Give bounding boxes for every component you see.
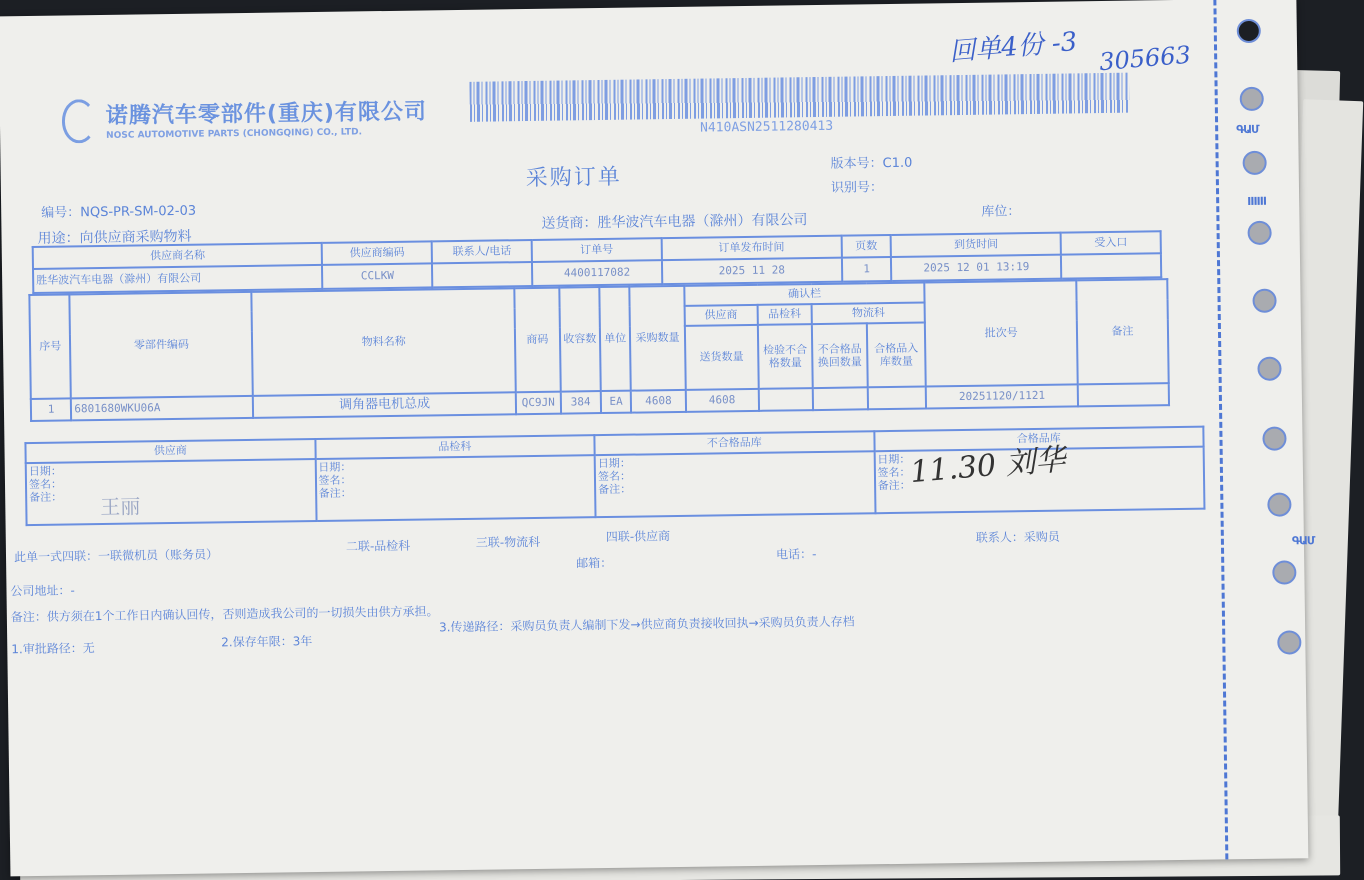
purchase-order-paper: ԳԱՄ ⅢⅢ ԳԱՄ 诺腾汽车零部件(重庆)有限公司 NOSC AUTOMOTI… [0,0,1308,876]
col-qc-reject-qty: 检验不合格数量 [757,324,812,389]
confirm-supplier-header: 供应商 [684,305,757,326]
copy-4: 四联-供应商 [606,527,671,545]
row-brand-code: QC9JN [516,392,561,415]
tractor-hole-icon [1252,289,1276,313]
copy-2: 二联-品检科 [346,537,411,555]
perforation-line [1213,0,1228,859]
supplier-name: 胜华波汽车电器（滁州）有限公司 [33,265,323,293]
supplier-sign-block: 日期： 签名： 备注： [26,459,316,525]
postcode-label: 邮箱： [576,554,612,572]
contact-value [432,262,532,287]
row-seq: 1 [31,398,72,421]
row-purchase-qty: 4608 [631,390,686,413]
tractor-hole-icon [1272,560,1296,584]
retention-period: 2.保存年限：3年 [221,632,312,650]
qc-sign-block: 日期： 签名： 备注： [315,455,595,521]
tractor-hole-icon [1267,492,1291,516]
entrance-value [1061,253,1161,278]
barcode [469,73,1129,122]
col-entrance: 受入口 [1061,231,1161,254]
handwritten-note: 回单4份 -3 [948,21,1079,69]
col-pack-qty: 收容数 [559,287,601,392]
note-label: 备注： [598,480,872,497]
col-seq: 序号 [29,294,71,399]
col-part-code: 零部件编码 [70,292,253,399]
row-reject-return-qty [813,387,868,410]
tractor-hole-icon [1277,630,1301,654]
tractor-hole-icon [1242,151,1266,175]
ship-to: 送货商：胜华波汽车电器（滁州）有限公司 [541,209,807,233]
logo-icon [62,99,97,143]
item-table: 序号 零部件编码 物料名称 商码 收容数 单位 采购数量 确认栏 批次号 备注 … [28,278,1170,422]
col-reject-return-qty: 不合格品换回数量 [812,323,867,388]
arrival-datetime: 2025 12 01 13:19 [891,255,1061,281]
confirm-qc-header: 品检科 [757,304,812,325]
row-remarks [1078,383,1169,406]
handwritten-number: 305663 [1098,41,1192,77]
order-number: 4400117082 [532,260,662,286]
tractor-hole-icon [1262,426,1286,450]
edge-code: ⅢⅢ [1247,195,1266,208]
warehouse-label: 库位： [981,200,1020,220]
supplier-handwritten-signature: 王丽 [100,490,140,520]
col-order-no: 订单号 [532,238,662,262]
contact: 联系人：采购员 [976,528,1060,546]
document-title: 采购订单 [526,160,622,192]
copy-3: 三联-物流科 [476,533,541,551]
tractor-hole-icon [1237,19,1261,43]
document-number: 编号：NQS-PR-SM-02-03 [41,200,196,221]
tractor-hole-icon [1257,357,1281,381]
tractor-hole-icon [1247,221,1271,245]
approval-path: 1.审批路径：无 [11,639,95,657]
row-part-code: 6801680WKU06A [71,396,253,421]
confirm-logistics-header: 物流科 [812,303,925,325]
edge-code: ԳԱՄ [1292,534,1315,547]
page-count: 1 [841,257,891,282]
col-batch-no: 批次号 [925,280,1078,386]
col-contact: 联系人/电话 [432,240,532,263]
company-name-cn: 诺腾汽车零部件(重庆)有限公司 [106,94,428,129]
phone: 电话：- [776,545,817,563]
col-pages: 页数 [841,235,891,258]
col-arrival-time: 到货时间 [891,233,1061,257]
reject-store-sign-block: 日期： 签名： 备注： [595,451,875,517]
col-unit: 单位 [599,287,631,391]
tractor-hole-icon [1240,87,1264,111]
row-batch-no: 20251120/1121 [926,384,1078,408]
col-remarks: 备注 [1076,279,1168,384]
company-address: 公司地址：- [10,581,75,599]
copies-info: 此单一式四联：一联微机员（账务员） [14,545,218,565]
supplier-code: CCLKW [322,263,432,289]
note-label: 备注： [319,484,593,501]
col-delivery-qty: 送货数量 [685,325,759,390]
barcode-number: N410ASN2511280413 [700,119,833,136]
row-pack-qty: 384 [560,391,601,414]
footer-note: 备注：供方须在1个工作日内确认回传，否则造成我公司的一切损失由供方承担。 [11,602,439,625]
version-number: 版本号：C1.0 [830,152,912,172]
col-brand-code: 商码 [514,288,560,393]
identifier-label: 识别号： [831,176,883,196]
col-supplier-code: 供应商编码 [322,241,432,265]
transfer-route: 3.传递路径：采购员负责人编制下发→供应商负责接收回执→采购员负责人存档 [439,613,855,636]
row-unit: EA [601,391,632,413]
row-delivery-qty: 4608 [686,389,759,412]
release-date: 2025 11 28 [662,258,842,285]
col-accepted-qty: 合格品入库数量 [867,323,926,388]
edge-code: ԳԱՄ [1236,123,1259,136]
row-material-name: 调角器电机总成 [253,392,516,418]
row-accepted-qty [867,387,926,410]
col-release-time: 订单发布时间 [662,236,842,261]
col-material-name: 物料名称 [252,288,516,396]
row-qc-reject-qty [758,388,813,411]
col-purchase-qty: 采购数量 [630,286,686,391]
note-label: 备注： [29,487,313,504]
